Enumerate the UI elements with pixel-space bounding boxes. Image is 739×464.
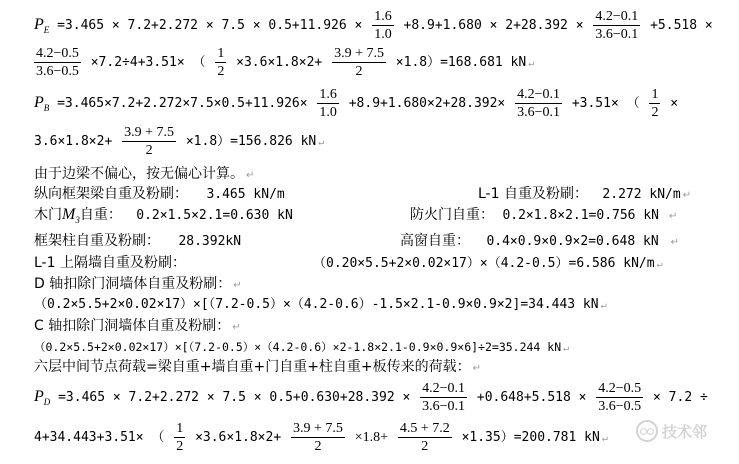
pe-text-2: +8.9+1.680 × 2+28.392 × [404, 18, 584, 33]
pb-text-1: =3.465×7.2+2.272×7.5×0.5+11.926× [57, 96, 307, 111]
paragraph-mark: ↵ [233, 280, 241, 291]
l1-wall-label: L-1 上隔墙自重及粉刷： [34, 255, 186, 271]
pb-text-5: 3.6×1.8×2+ [34, 134, 112, 149]
door-value: 0.2×1.5×2.1=0.630 kN [136, 208, 293, 223]
l1-label: L-1 自重及粉刷： [478, 186, 588, 202]
sixth-floor-text: 六层中间节点荷载=梁自重+墙自重+门自重+柱自重+板传来的荷载： [34, 359, 471, 375]
paragraph-mark: ↵ [473, 363, 481, 374]
formula-pd-line1: PD =3.465 × 7.2+2.272 × 7.5 × 0.5+0.630+… [34, 380, 708, 415]
formula-pd-line2: 4+34.443+3.51× （ 12 ×3.6×1.8×2+ 3.9 + 7.… [34, 420, 608, 455]
fraction: 4.2−0.13.6−0.1 [593, 8, 640, 43]
l1-weight-line: L-1 自重及粉刷： 2.272 kN/m↵ [478, 186, 691, 204]
l1-wall-value: （0.20×5.5+2×0.02×17）×（4.2-0.5）=6.586 kN/… [313, 256, 655, 271]
c-axis-label-line: C 轴扣除门洞墙体自重及粉刷：↵ [34, 318, 241, 336]
pd-text-5: ×3.6×1.8×2+ [195, 430, 281, 445]
door-label-suffix: 自重： [80, 207, 122, 223]
paragraph-mark: ↵ [246, 170, 254, 181]
paragraph-mark: ↵ [602, 433, 608, 444]
door-variable: M3 [62, 206, 80, 223]
column-label: 框架柱自重及粉刷： [34, 233, 160, 249]
l1-wall-value-line: （0.20×5.5+2×0.02×17）×（4.2-0.5）=6.586 kN/… [313, 256, 663, 273]
pe-variable: PE [34, 16, 49, 33]
fraction: 4.2−0.13.6−0.1 [515, 86, 562, 121]
fraction: 4.2−0.13.6−0.1 [420, 380, 467, 415]
fraction: 4.2−0.53.6−0.5 [34, 45, 81, 80]
pb-text-2: +8.9+1.680×2+28.392× [349, 96, 506, 111]
column-value: 28.392kN [178, 234, 241, 249]
column-line: 框架柱自重及粉刷： 28.392kN [34, 233, 241, 250]
fraction: 4.5 + 7.22 [398, 420, 452, 455]
pb-variable: PB [34, 94, 49, 111]
l1-wall-line: L-1 上隔墙自重及粉刷： [34, 255, 186, 271]
pd-variable: PD [34, 388, 50, 405]
face-logo-icon [636, 420, 658, 442]
sixth-floor-line: 六层中间节点荷载=梁自重+墙自重+门自重+柱自重+板传来的荷载：↵ [34, 359, 481, 377]
door-label: 木门 [34, 207, 62, 223]
fraction: 1.61.0 [372, 8, 394, 43]
beam-weight-line: 纵向框架梁自重及粉刷： 3.465 kN/m [34, 186, 285, 203]
paragraph-mark: ↵ [683, 190, 691, 201]
d-axis-label-line: D 轴扣除门洞墙体自重及粉刷：↵ [34, 276, 242, 294]
pd-text-2: +0.648+5.518 × [477, 390, 587, 405]
paragraph-mark: ↵ [601, 300, 607, 311]
formula-pe-line1: PE =3.465 × 7.2+2.272 × 7.5 × 0.5+11.926… [34, 8, 713, 43]
pb-text-3: +3.51× （ [572, 96, 640, 111]
pd-result: ×1.35）=200.781 kN [462, 430, 600, 445]
fraction: 4.2−0.53.6−0.5 [596, 380, 643, 415]
fraction: 12 [174, 420, 185, 455]
d-axis-label: D 轴扣除门洞墙体自重及粉刷： [34, 276, 231, 292]
paragraph-mark: ↵ [528, 58, 534, 69]
fraction: 3.9 + 7.52 [122, 124, 176, 159]
high-window-value: 0.4×0.9×0.9×2=0.648 kN [486, 234, 658, 249]
beam-value: 3.465 kN/m [206, 187, 284, 202]
watermark-text: 技术邻 [662, 421, 707, 442]
c-axis-value: （0.2×5.5+2×0.02×17）×[（7.2-0.5）×（4.2-0.6）… [34, 340, 561, 354]
pb-result: ×1.8）=156.826 kN [186, 134, 316, 149]
fire-door-label: 防火门自重： [410, 207, 494, 223]
high-window-line: 高窗自重： 0.4×0.9×0.9×2=0.648 kN↵ [400, 233, 679, 251]
wood-door-line: 木门M3自重： 0.2×1.5×2.1=0.630 kN [34, 207, 293, 228]
pe-text-1: =3.465 × 7.2+2.272 × 7.5 × 0.5+11.926 × [57, 18, 362, 33]
pd-text-6: ×1.8+ [355, 430, 388, 445]
d-axis-value-line: （0.2×5.5+2×0.02×17）×[（7.2-0.5）×（4.2-0.6）… [34, 297, 607, 314]
paragraph-mark: ↵ [318, 137, 324, 148]
note-text: 由于边梁不偏心，按无偏心计算。 [34, 166, 244, 182]
note-line: 由于边梁不偏心，按无偏心计算。↵ [34, 166, 254, 184]
pe-text-4: ×7.2÷4+3.51× （ [91, 55, 206, 70]
formula-pe-line2: 4.2−0.53.6−0.5 ×7.2÷4+3.51× （ 12 ×3.6×1.… [34, 45, 534, 80]
formula-pb-line1: PB =3.465×7.2+2.272×7.5×0.5+11.926× 1.61… [34, 86, 678, 121]
pd-text-3: × 7.2 ÷ [653, 390, 708, 405]
pe-text-3: +5.518 × [650, 18, 713, 33]
c-axis-label: C 轴扣除门洞墙体自重及粉刷： [34, 318, 230, 334]
paragraph-mark: ↵ [671, 237, 679, 248]
beam-label: 纵向框架梁自重及粉刷： [34, 186, 188, 202]
fire-door-value: 0.2×1.8×2.1=0.756 kN [502, 208, 659, 223]
d-axis-value: （0.2×5.5+2×0.02×17）×[（7.2-0.5）×（4.2-0.6）… [34, 297, 599, 312]
pe-text-5: ×3.6×1.8×2+ [236, 55, 322, 70]
pd-text-1: =3.465 × 7.2+2.272 × 7.5 × 0.5+0.630+28.… [58, 390, 410, 405]
formula-pb-line2: 3.6×1.8×2+ 3.9 + 7.52 ×1.8）=156.826 kN↵ [34, 124, 324, 159]
high-window-label: 高窗自重： [400, 233, 470, 249]
watermark: 技术邻 [636, 420, 707, 442]
paragraph-mark: ↵ [657, 259, 663, 270]
fire-door-line: 防火门自重： 0.2×1.8×2.1=0.756 kN↵ [410, 207, 677, 225]
paragraph-mark: ↵ [232, 322, 240, 333]
l1-value: 2.272 kN/m [602, 187, 680, 202]
c-axis-value-line: （0.2×5.5+2×0.02×17）×[（7.2-0.5）×（4.2-0.6）… [34, 339, 569, 357]
paragraph-mark: ↵ [563, 343, 569, 354]
pe-result: ×1.8）=168.681 kN [396, 55, 526, 70]
fraction: 12 [215, 45, 226, 80]
fraction: 1.61.0 [317, 86, 339, 121]
pd-text-4: 4+34.443+3.51× （ [34, 430, 164, 445]
fraction: 3.9 + 7.52 [291, 420, 345, 455]
fraction: 3.9 + 7.52 [332, 45, 386, 80]
paragraph-mark: ↵ [669, 211, 677, 222]
fraction: 12 [649, 86, 660, 121]
pb-text-4: × [670, 96, 678, 111]
